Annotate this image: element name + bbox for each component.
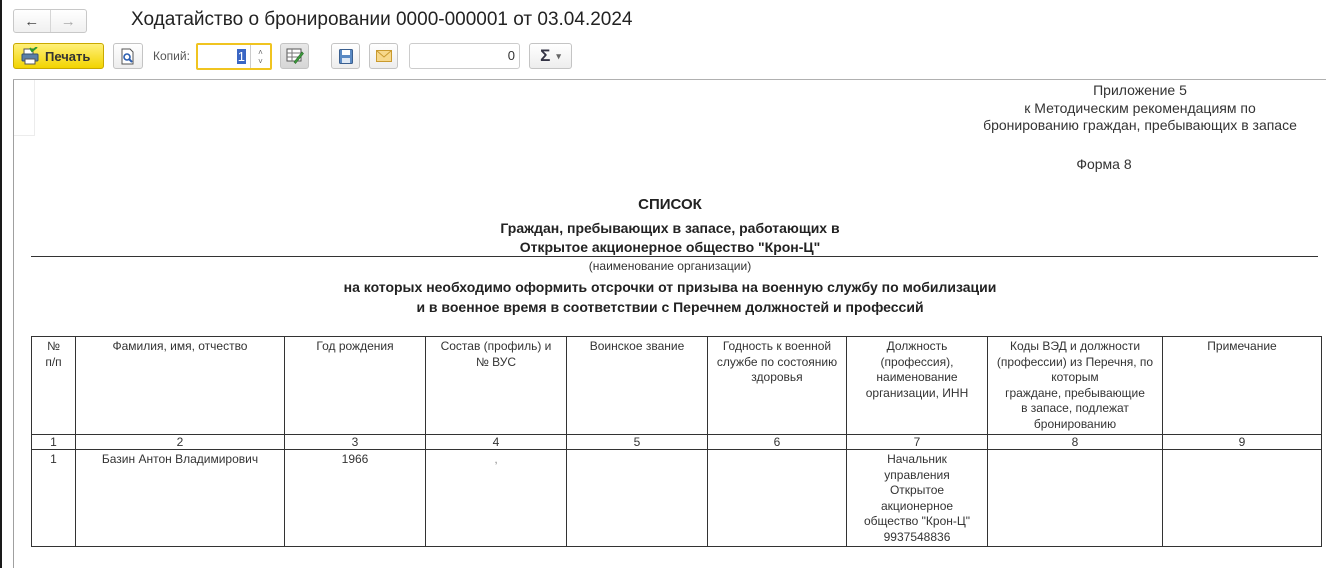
column-header[interactable]: №п/п xyxy=(32,337,76,435)
column-number[interactable]: 6 xyxy=(708,435,847,450)
column-number[interactable]: 3 xyxy=(285,435,426,450)
window-edge xyxy=(0,0,2,568)
appendix-line: Приложение 5 xyxy=(940,82,1326,100)
cell-note[interactable] xyxy=(1163,450,1322,547)
citizens-table: №п/пФамилия, имя, отчествоГод рожденияСо… xyxy=(31,336,1322,547)
copies-label: Копий: xyxy=(153,49,190,63)
arrow-right-icon: → xyxy=(61,13,76,30)
column-number[interactable]: 8 xyxy=(988,435,1163,450)
cell-name[interactable]: Базин Антон Владимирович xyxy=(76,450,285,547)
cell-birth-year[interactable]: 1966 xyxy=(285,450,426,547)
chevron-down-icon: ▾ xyxy=(556,51,561,62)
organization-caption: (наименование организации) xyxy=(300,259,1040,273)
envelope-icon xyxy=(376,50,392,62)
window-title: Ходатайство о бронировании 0000-000001 о… xyxy=(131,9,633,31)
purpose-line: на которых необходимо оформить отсрочки … xyxy=(300,279,1040,295)
preview-button[interactable] xyxy=(113,43,143,69)
floppy-disk-icon xyxy=(339,49,353,64)
cell-vus[interactable]: , xyxy=(426,450,567,547)
purpose-line: и в военное время в соответствии с Переч… xyxy=(300,299,1040,315)
page-preview-icon xyxy=(120,48,136,65)
organization-underline xyxy=(31,256,1318,257)
column-header[interactable]: Фамилия, имя, отчество xyxy=(76,337,285,435)
back-button[interactable]: ← xyxy=(14,10,50,32)
forward-button[interactable]: → xyxy=(50,10,87,32)
column-number[interactable]: 4 xyxy=(426,435,567,450)
document-frame xyxy=(13,80,14,568)
appendix-note: Приложение 5 к Методическим рекомендация… xyxy=(940,82,1326,135)
document-subtitle: Граждан, пребывающих в запасе, работающи… xyxy=(300,220,1040,236)
sum-field[interactable]: 0 xyxy=(409,43,520,69)
column-header[interactable]: Год рождения xyxy=(285,337,426,435)
appendix-line: к Методическим рекомендациям по xyxy=(940,100,1326,118)
column-number[interactable]: 9 xyxy=(1163,435,1322,450)
edit-table-button[interactable] xyxy=(280,43,309,69)
cell-codes[interactable] xyxy=(988,450,1163,547)
column-header[interactable]: Воинское звание xyxy=(567,337,708,435)
copies-value: 1 xyxy=(237,49,246,64)
column-number[interactable]: 2 xyxy=(76,435,285,450)
appendix-line: бронированию граждан, пребывающих в запа… xyxy=(940,117,1326,135)
document-title: СПИСОК xyxy=(300,196,1040,213)
column-number-row: 123456789 xyxy=(32,435,1322,450)
cell-position[interactable]: НачальникуправленияОткрытоеакционерноеоб… xyxy=(847,450,988,547)
column-header[interactable]: Годность к военнойслужбе по состояниюздо… xyxy=(708,337,847,435)
copies-stepper[interactable]: ˄ ˅ xyxy=(250,45,270,68)
column-header[interactable]: Коды ВЭД и должности(профессии) из Переч… xyxy=(988,337,1163,435)
table-header-row: №п/пФамилия, имя, отчествоГод рожденияСо… xyxy=(32,337,1322,435)
toolbar: Печать Копий: 1 ˄ ˅ xyxy=(0,43,1326,69)
toolbar-divider xyxy=(13,79,1326,80)
column-header[interactable]: Примечание xyxy=(1163,337,1322,435)
column-number[interactable]: 5 xyxy=(567,435,708,450)
cell-num[interactable]: 1 xyxy=(32,450,76,547)
table-edit-icon xyxy=(286,48,304,64)
organization-name: Открытое акционерное общество "Крон-Ц" xyxy=(300,239,1040,255)
email-button[interactable] xyxy=(369,43,398,69)
save-button[interactable] xyxy=(331,43,360,69)
column-number[interactable]: 7 xyxy=(847,435,988,450)
column-header[interactable]: Должность(профессия),наименованиеорганиз… xyxy=(847,337,988,435)
cell-fitness[interactable] xyxy=(708,450,847,547)
sum-dropdown-button[interactable]: Σ ▾ xyxy=(529,43,572,69)
spin-down-icon[interactable]: ˅ xyxy=(258,57,263,66)
spin-up-icon[interactable]: ˄ xyxy=(258,48,263,57)
cell-rank[interactable] xyxy=(567,450,708,547)
column-number[interactable]: 1 xyxy=(32,435,76,450)
print-label: Печать xyxy=(45,49,90,64)
print-button[interactable]: Печать xyxy=(13,43,104,69)
sigma-icon: Σ xyxy=(540,46,550,66)
column-header[interactable]: Состав (профиль) и№ ВУС xyxy=(426,337,567,435)
form-number: Форма 8 xyxy=(1000,156,1208,172)
table-row: 1Базин Антон Владимирович1966,Начальнику… xyxy=(32,450,1322,547)
printer-icon xyxy=(21,47,39,65)
navigation-buttons: ← → xyxy=(13,9,87,33)
arrow-left-icon: ← xyxy=(24,13,39,30)
document-corner xyxy=(14,80,35,136)
copies-input[interactable]: 1 ˄ ˅ xyxy=(196,43,272,70)
